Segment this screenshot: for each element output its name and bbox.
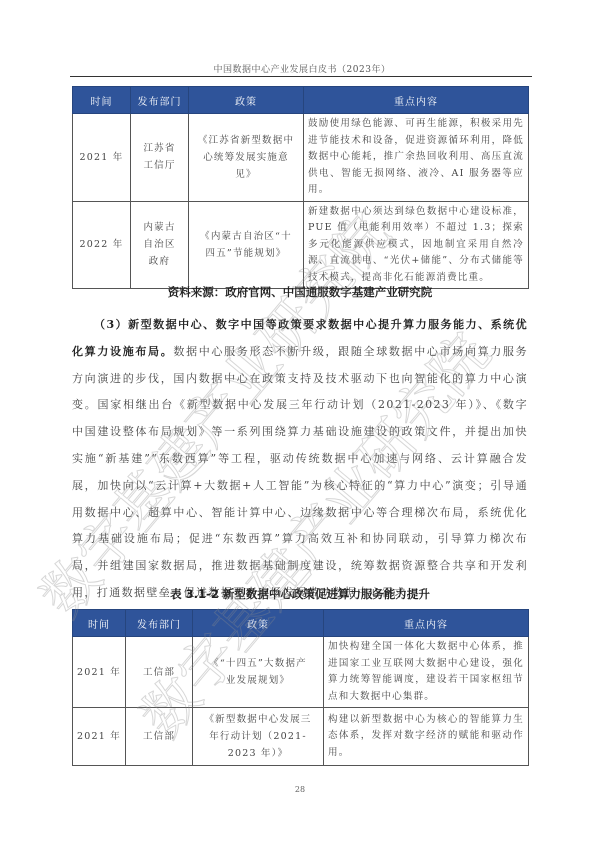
- table-header-row: 时间 发布部门 政策 重点内容: [73, 87, 529, 114]
- column-header-department: 发布部门: [126, 610, 193, 637]
- source-note: 资料来源：政府官网、中国通服数字基建产业研究院: [72, 284, 528, 300]
- cell-policy: 《内蒙古自治区“十四五”节能规划》: [189, 201, 304, 289]
- cell-content: 新建数据中心须达到绿色数据中心建设标准，PUE 值（电能利用效率）不超过 1.3…: [304, 201, 529, 289]
- cell-department: 内蒙古自治区政府: [131, 201, 189, 289]
- policy-table-1: 时间 发布部门 政策 重点内容 2021 年 江苏省工信厅 《江苏省新型数据中心…: [72, 86, 529, 289]
- policy-table-2: 时间 发布部门 政策 重点内容 2021 年 工信部 《“十四五”大数据产业发展…: [72, 609, 529, 766]
- body-paragraph: （3）新型数据中心、数字中国等政策要求数据中心提升算力服务能力、系统优化算力设施…: [72, 312, 528, 607]
- column-header-content: 重点内容: [324, 610, 529, 637]
- page-number: 28: [0, 785, 600, 794]
- cell-policy: 《“十四五”大数据产业发展规划》: [193, 637, 324, 708]
- column-header-time: 时间: [73, 610, 126, 637]
- cell-content: 加快构建全国一体化大数据中心体系，推进国家工业互联网大数据中心建设，强化算力统筹…: [324, 637, 529, 708]
- column-header-content: 重点内容: [304, 87, 529, 114]
- cell-policy: 《新型数据中心发展三年行动计划（2021-2023 年）》: [193, 708, 324, 766]
- cell-time: 2021 年: [73, 114, 131, 202]
- cell-time: 2021 年: [73, 708, 126, 766]
- cell-content: 鼓励使用绿色能源、可再生能源，积极采用先进节能技术和设备，促进资源循环利用，降低…: [304, 114, 529, 202]
- column-header-policy: 政策: [189, 87, 304, 114]
- table-row: 2021 年 工信部 《新型数据中心发展三年行动计划（2021-2023 年）》…: [73, 708, 529, 766]
- table-row: 2022 年 内蒙古自治区政府 《内蒙古自治区“十四五”节能规划》 新建数据中心…: [73, 201, 529, 289]
- cell-time: 2021 年: [73, 637, 126, 708]
- table-header-row: 时间 发布部门 政策 重点内容: [73, 610, 529, 637]
- paragraph-body: 数据中心服务形态不断升级，跟随全球数据中心市场向算力服务方向演进的步伐，国内数据…: [72, 345, 528, 599]
- cell-policy: 《江苏省新型数据中心统筹发展实施意见》: [189, 114, 304, 202]
- table-caption: 表 3.1-2 新型数据中心政策促进算力服务能力提升: [72, 586, 528, 602]
- table-row: 2021 年 工信部 《“十四五”大数据产业发展规划》 加快构建全国一体化大数据…: [73, 637, 529, 708]
- page-header: 中国数据中心产业发展白皮书（2023年）: [72, 62, 532, 75]
- cell-department: 江苏省工信厅: [131, 114, 189, 202]
- header-divider: [70, 76, 532, 77]
- table-row: 2021 年 江苏省工信厅 《江苏省新型数据中心统筹发展实施意见》 鼓励使用绿色…: [73, 114, 529, 202]
- column-header-department: 发布部门: [131, 87, 189, 114]
- cell-department: 工信部: [126, 708, 193, 766]
- column-header-policy: 政策: [193, 610, 324, 637]
- cell-time: 2022 年: [73, 201, 131, 289]
- cell-department: 工信部: [126, 637, 193, 708]
- cell-content: 构建以新型数据中心为核心的智能算力生态体系，发挥对数字经济的赋能和驱动作用。: [324, 708, 529, 766]
- column-header-time: 时间: [73, 87, 131, 114]
